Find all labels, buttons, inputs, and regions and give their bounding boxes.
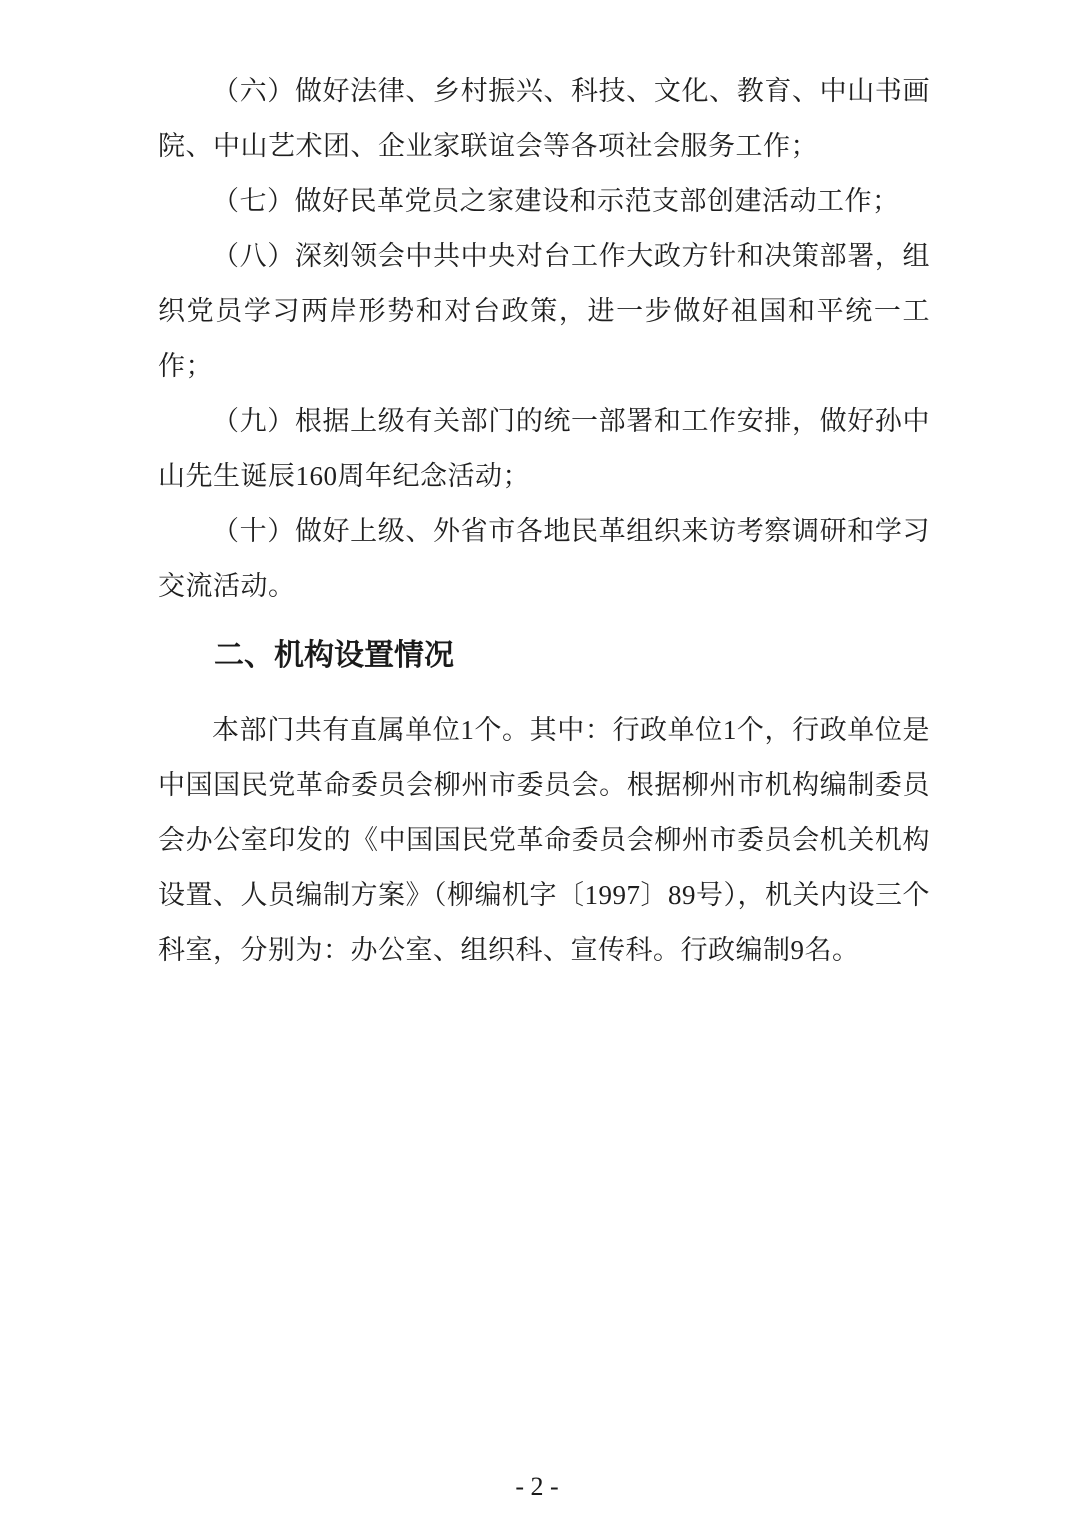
paragraph-item-9: （九）根据上级有关部门的统一部署和工作安排，做好孙中山先生诞辰160周年纪念活动… xyxy=(158,394,930,504)
section-paragraph: 本部门共有直属单位1个。其中：行政单位1个，行政单位是中国国民党革命委员会柳州市… xyxy=(158,703,930,978)
paragraph-item-10: （十）做好上级、外省市各地民革组织来访考察调研和学习交流活动。 xyxy=(158,504,930,614)
document-body: （六）做好法律、乡村振兴、科技、文化、教育、中山书画院、中山艺术团、企业家联谊会… xyxy=(158,64,930,978)
section-heading: 二、机构设置情况 xyxy=(158,628,930,683)
page-number: - 2 - xyxy=(0,1472,1074,1502)
paragraph-item-7: （七）做好民革党员之家建设和示范支部创建活动工作； xyxy=(158,174,930,229)
paragraph-item-8: （八）深刻领会中共中央对台工作大政方针和决策部署，组织党员学习两岸形势和对台政策… xyxy=(158,229,930,394)
document-page: （六）做好法律、乡村振兴、科技、文化、教育、中山书画院、中山艺术团、企业家联谊会… xyxy=(0,0,1074,1520)
paragraph-item-6: （六）做好法律、乡村振兴、科技、文化、教育、中山书画院、中山艺术团、企业家联谊会… xyxy=(158,64,930,174)
